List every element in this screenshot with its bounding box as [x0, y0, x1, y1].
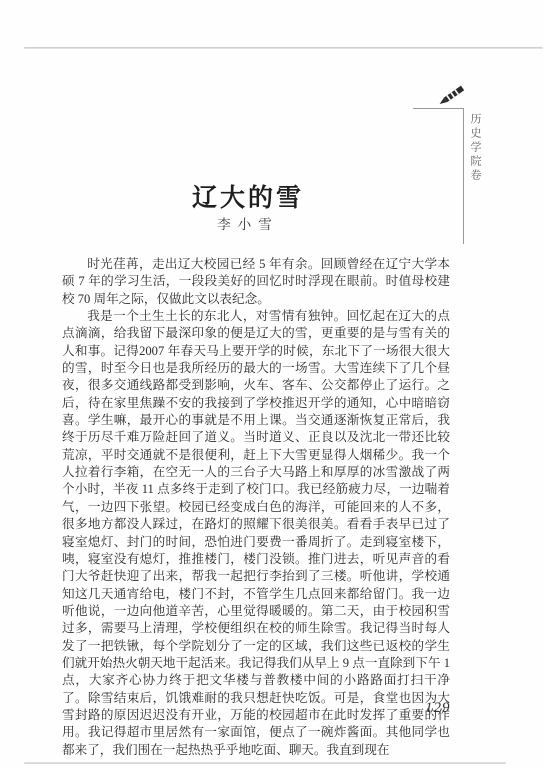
page-bottom-edge [24, 762, 506, 764]
paragraph: 我是一个土生土长的东北人，对雪情有独钟。回忆起在辽大的点点滴滴，给我留下最深印象… [62, 308, 450, 759]
page-top-edge [24, 47, 543, 49]
article-author: 李小雪 [62, 213, 434, 233]
pencil-icon [437, 84, 471, 112]
chapter-tab-vertical-rule [463, 108, 464, 244]
page-number: 129 [425, 700, 465, 717]
article-body: 时光荏苒，走出辽大校园已经 5 年有余。回顾曾经在辽宁大学本硕 7 年的学习生活… [62, 256, 450, 759]
chapter-side-label: 历史学院卷 [467, 113, 483, 183]
paragraph: 时光荏苒，走出辽大校园已经 5 年有余。回顾曾经在辽宁大学本硕 7 年的学习生活… [62, 256, 450, 308]
article-title: 辽大的雪 [62, 178, 434, 214]
scanned-book-page: 历史学院卷 辽大的雪 李小雪 时光荏苒，走出辽大校园已经 5 年有余。回顾曾经在… [0, 0, 543, 768]
